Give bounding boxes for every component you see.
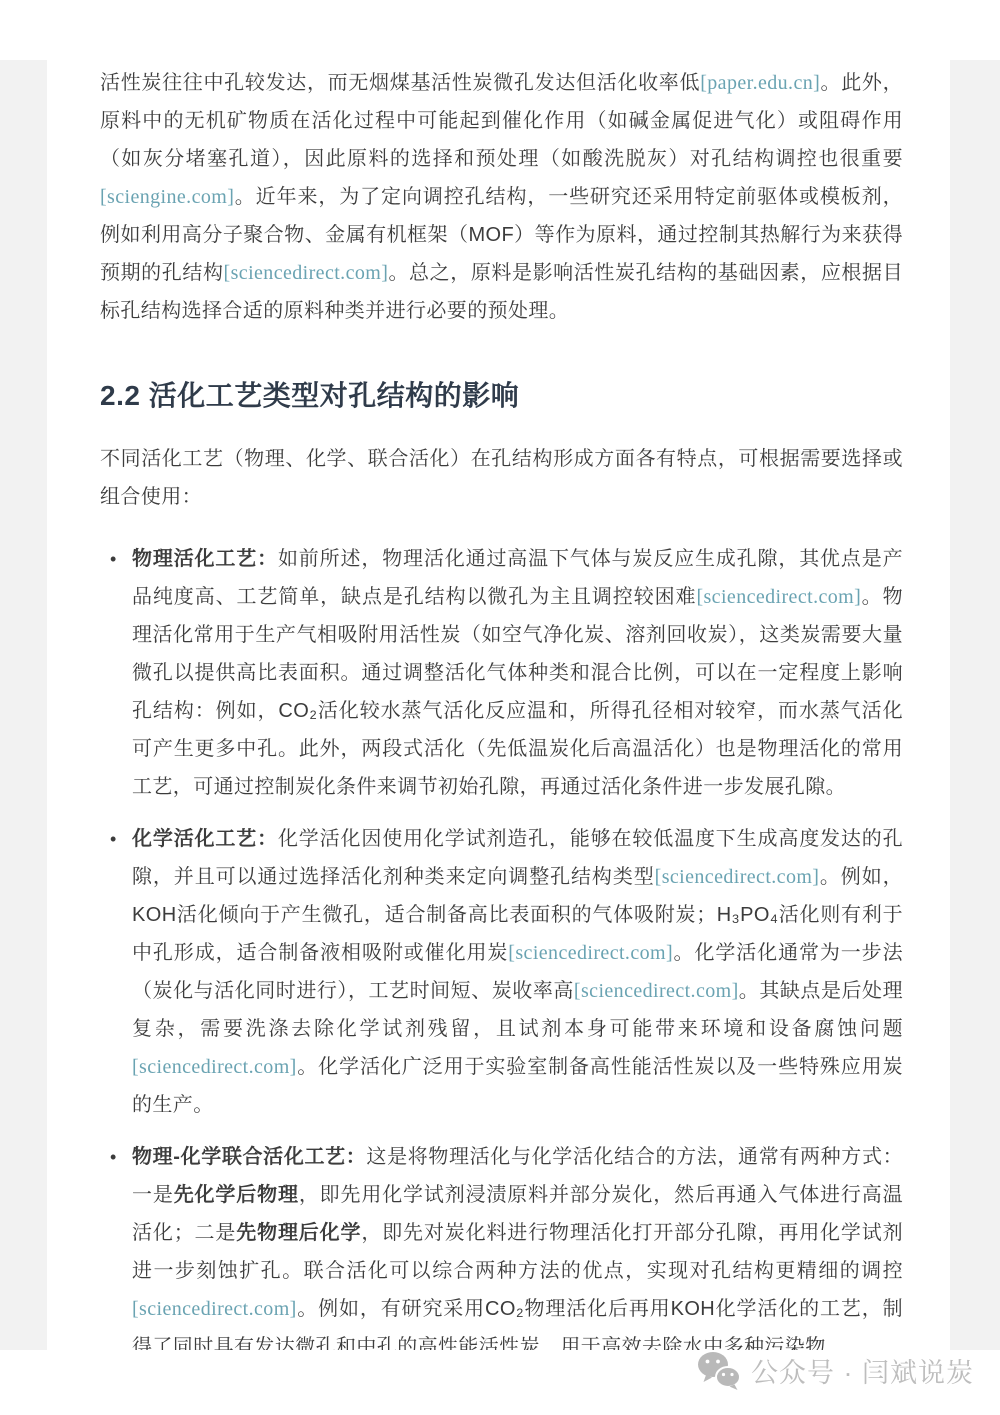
watermark: 公众号 · 闫斌说炭	[697, 1350, 974, 1390]
bold-term: 化学活化工艺：	[132, 828, 278, 850]
section-lead: 不同活化工艺（物理、化学、联合活化）在孔结构形成方面各有特点，可根据需要选择或组…	[100, 440, 903, 516]
citation-link[interactable]: [sciencedirect.com]	[132, 1056, 297, 1078]
citation-link[interactable]: [sciencedirect.com]	[655, 866, 820, 888]
intro-paragraph: 活性炭往往中孔较发达，而无烟煤基活性炭微孔发达但活化收率低[paper.edu.…	[100, 64, 903, 330]
bold-term: 物理-化学联合活化工艺：	[132, 1146, 366, 1168]
citation-link[interactable]: [sciencedirect.com]	[132, 1298, 297, 1320]
list-item-chemical-activation: 化学活化工艺：化学活化因使用化学试剂造孔，能够在较低温度下生成高度发达的孔隙，并…	[100, 820, 903, 1124]
watermark-label: 公众号 · 闫斌说炭	[751, 1351, 974, 1390]
bold-term: 物理活化工艺：	[132, 548, 278, 570]
bold-term: 先物理后化学	[236, 1222, 361, 1244]
text-run: 。物理活化常用于生产气相吸附用活性炭（如空气净化炭、溶剂回收炭），这类炭需要大量…	[132, 586, 903, 798]
list-item-combined-activation: 物理-化学联合活化工艺：这是将物理活化与化学活化结合的方法，通常有两种方式：一是…	[100, 1138, 903, 1350]
citation-link[interactable]: [sciencedirect.com]	[224, 262, 389, 284]
text-run: 活性炭往往中孔较发达，而无烟煤基活性炭微孔发达但活化收率低	[100, 72, 700, 94]
article-card: 活性炭往往中孔较发达，而无烟煤基活性炭微孔发达但活化收率低[paper.edu.…	[47, 60, 950, 1350]
citation-link[interactable]: [sciengine.com]	[100, 186, 234, 208]
citation-link[interactable]: [sciencedirect.com]	[696, 586, 861, 608]
list-item-physical-activation: 物理活化工艺：如前所述，物理活化通过高温下气体与炭反应生成孔隙，其优点是产品纯度…	[100, 540, 903, 806]
wechat-icon	[697, 1350, 741, 1390]
citation-link[interactable]: [sciencedirect.com]	[574, 980, 739, 1002]
activation-methods-list: 物理活化工艺：如前所述，物理活化通过高温下气体与炭反应生成孔隙，其优点是产品纯度…	[100, 540, 903, 1350]
section-heading: 2.2 活化工艺类型对孔结构的影响	[100, 376, 903, 416]
bold-term: 先化学后物理	[174, 1184, 299, 1206]
citation-link[interactable]: [paper.edu.cn]	[700, 72, 820, 94]
citation-link[interactable]: [sciencedirect.com]	[508, 942, 673, 964]
